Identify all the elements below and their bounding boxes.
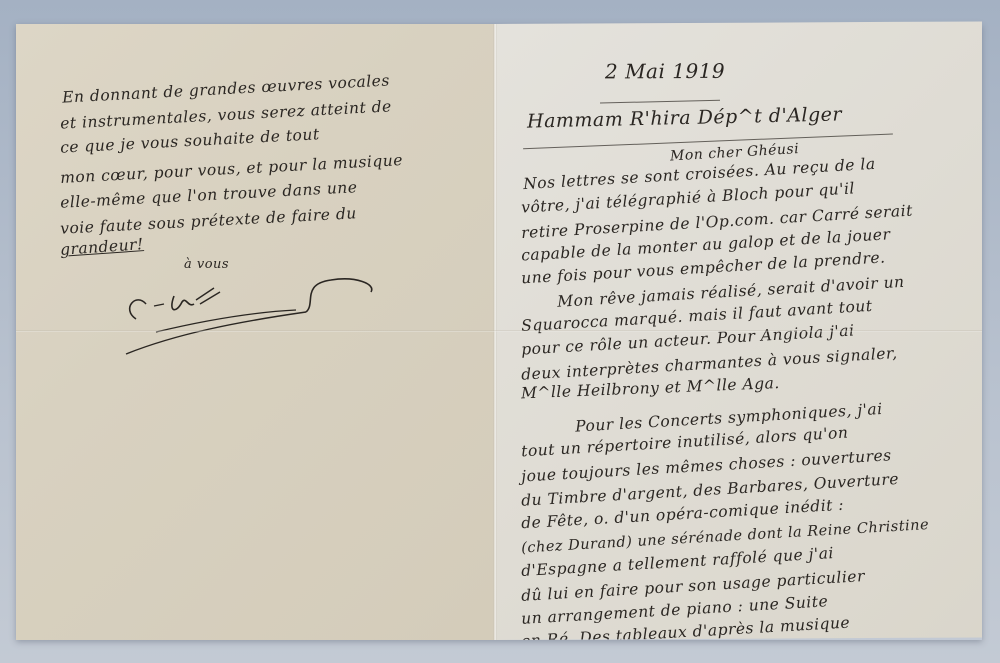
center-fold bbox=[493, 24, 497, 640]
date-rule bbox=[600, 100, 720, 104]
letter-date: 2 Mai 1919 bbox=[605, 59, 725, 84]
closing-text: à vous bbox=[184, 257, 229, 272]
left-page: En donnant de grandes œuvres vocales et … bbox=[16, 24, 495, 640]
signature-flourish-icon bbox=[116, 274, 416, 364]
horizontal-fold bbox=[16, 330, 982, 332]
letter-place: Hammam R'hira Dép^t d'Alger bbox=[527, 103, 842, 132]
letter-line: grandeur! bbox=[59, 235, 144, 259]
letter-sheet: En donnant de grandes œuvres vocales et … bbox=[16, 24, 982, 640]
